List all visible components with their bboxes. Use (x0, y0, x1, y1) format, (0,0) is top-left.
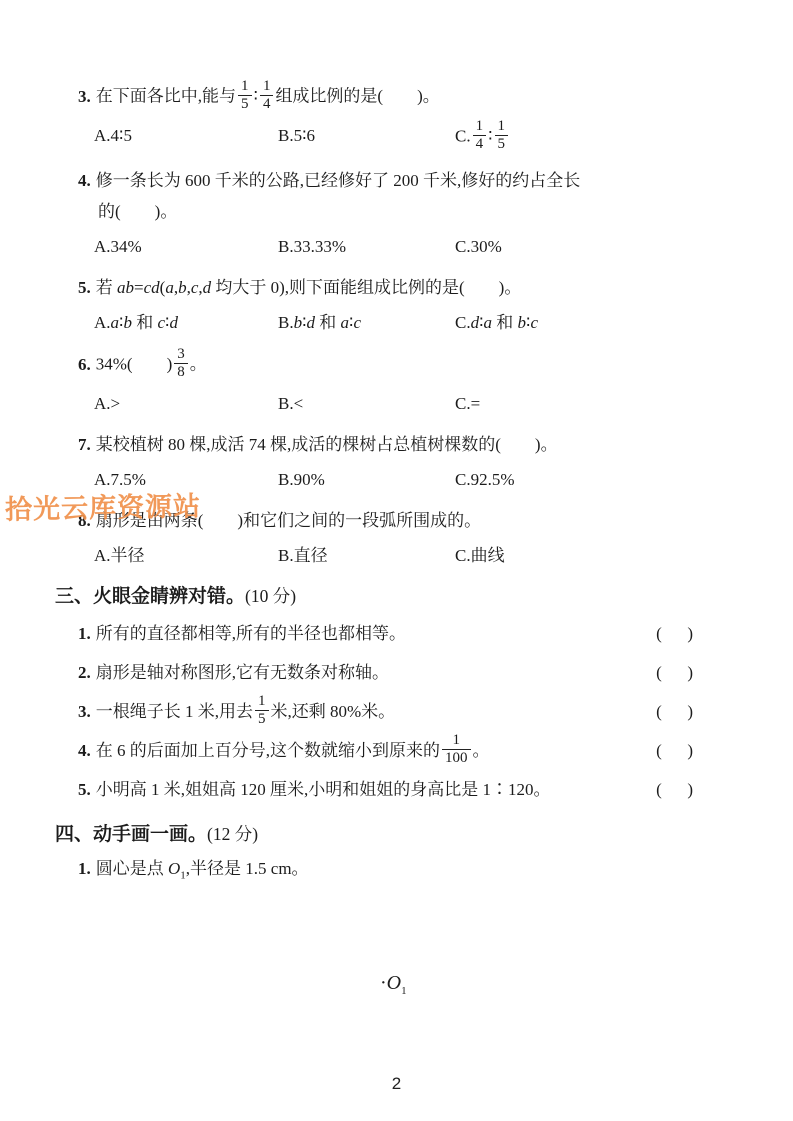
option-a: A.7.5% (94, 464, 278, 495)
drawing-section: 四、动手画一画。(12 分) 1.圆心是点 O1,半径是 1.5 cm。 (0, 819, 793, 886)
fraction: 14 (260, 78, 274, 114)
tf-item-text: 在 6 的后面加上百分号,这个数就缩小到原来的1100。 (96, 731, 490, 770)
option-b: B.< (278, 388, 455, 419)
fraction-denominator: 8 (174, 363, 188, 381)
question-line: 6.34%( )38。 (78, 348, 763, 384)
tf-item: 3.一根绳子长 1 米,用去15米,还剩 80%米。( ) (0, 692, 793, 731)
fraction-numerator: 1 (495, 118, 509, 135)
draw-section-heading: 四、动手画一画。(12 分) (0, 819, 793, 846)
options-row: A.半径B.直径C.曲线 (78, 540, 763, 571)
math-italic: a (484, 313, 493, 332)
question-number: 3. (78, 87, 96, 106)
question-number: 8. (78, 511, 96, 530)
fraction-denominator: 5 (495, 135, 509, 153)
subscript: 1 (180, 869, 186, 881)
choice-question: 6.34%( )38。A.>B.<C.= (0, 348, 793, 419)
options-row: A.a∶b 和 c∶dB.b∶d 和 a∶cC.d∶a 和 b∶c (78, 307, 763, 338)
option-a: A.4∶5 (94, 120, 278, 156)
math-italic: d (471, 313, 480, 332)
math-italic: b (518, 313, 527, 332)
option-b: B.5∶6 (278, 120, 455, 156)
subscript: 1 (401, 985, 407, 997)
fraction-numerator: 1 (260, 78, 274, 95)
option-a: A.a∶b 和 c∶d (94, 307, 278, 338)
options-row: A.>B.<C.= (78, 388, 763, 419)
fraction: 1100 (442, 732, 471, 768)
fraction: 15 (495, 118, 509, 154)
fraction: 14 (473, 118, 487, 154)
math-italic: c (157, 313, 165, 332)
draw-item-list: 1.圆心是点 O1,半径是 1.5 cm。 (0, 852, 793, 886)
question-number: 5. (78, 278, 96, 297)
option-a: A.> (94, 388, 278, 419)
fraction-denominator: 5 (255, 710, 269, 728)
tf-item: 1.所有的直径都相等,所有的半径也都相等。( ) (0, 614, 793, 653)
answer-bracket: ( ) (656, 770, 693, 809)
tf-item-number: 1. (78, 614, 96, 653)
math-italic: c (191, 278, 199, 297)
option-c: C.92.5% (455, 464, 763, 495)
tf-item-number: 2. (78, 653, 96, 692)
fraction-numerator: 1 (473, 118, 487, 135)
fraction-numerator: 1 (255, 693, 269, 710)
options-row: A.34%B.33.33%C.30% (78, 231, 763, 262)
fraction-denominator: 5 (238, 95, 252, 113)
choice-question-section: 3.在下面各比中,能与15∶14组成比例的是( )。A.4∶5B.5∶6C.14… (0, 80, 793, 571)
option-b: B.33.33% (278, 231, 455, 262)
draw-section-title: 四、动手画一画。 (55, 824, 207, 845)
tf-item-number: 5. (78, 770, 96, 809)
option-c: C.d∶a 和 b∶c (455, 307, 763, 338)
answer-bracket: ( ) (656, 653, 693, 692)
math-italic: d (169, 313, 178, 332)
option-c: C.14∶15 (455, 120, 763, 156)
fraction-numerator: 1 (450, 732, 464, 749)
fraction: 15 (238, 78, 252, 114)
fraction: 15 (255, 693, 269, 729)
question-line: 5.若 ab=cd(a,b,c,d 均大于 0),则下面能组成比例的是( )。 (78, 272, 763, 303)
math-italic: d (307, 313, 316, 332)
tf-item-text: 所有的直径都相等,所有的半径也都相等。 (96, 614, 406, 653)
fraction-numerator: 1 (238, 78, 252, 95)
page-content: 3.在下面各比中,能与15∶14组成比例的是( )。A.4∶5B.5∶6C.14… (0, 0, 793, 886)
options-row: A.4∶5B.5∶6C.14∶15 (78, 120, 763, 156)
fraction-denominator: 4 (473, 135, 487, 153)
math-italic: b (178, 278, 187, 297)
tf-item-text: 一根绳子长 1 米,用去15米,还剩 80%米。 (96, 692, 395, 731)
true-false-section: 三、火眼金睛辨对错。(10 分) 1.所有的直径都相等,所有的半径也都相等。( … (0, 581, 793, 809)
math-italic: d (203, 278, 212, 297)
option-c: C.= (455, 388, 763, 419)
tf-item: 5.小明高 1 米,姐姐高 120 厘米,小明和姐姐的身高比是 1∶120。( … (0, 770, 793, 809)
draw-item-number: 1. (78, 859, 96, 878)
draw-section-score: (12 分) (207, 824, 258, 844)
answer-bracket: ( ) (656, 692, 693, 731)
tf-item-text: 小明高 1 米,姐姐高 120 厘米,小明和姐姐的身高比是 1∶120。 (96, 770, 551, 809)
tf-item-text: 扇形是轴对称图形,它有无数条对称轴。 (96, 653, 389, 692)
math-italic: O (387, 972, 401, 994)
fraction-numerator: 3 (174, 346, 188, 363)
choice-question: 7.某校植树 80 棵,成活 74 棵,成活的棵树占总植树棵数的( )。A.7.… (0, 429, 793, 495)
choice-question: 4.修一条长为 600 千米的公路,已经修好了 200 千米,修好的约占全长的(… (0, 165, 793, 262)
answer-bracket: ( ) (656, 731, 693, 770)
tf-item: 2.扇形是轴对称图形,它有无数条对称轴。( ) (0, 653, 793, 692)
choice-question: 5.若 ab=cd(a,b,c,d 均大于 0),则下面能组成比例的是( )。A… (0, 272, 793, 338)
tf-item-number: 4. (78, 731, 96, 770)
circle-center-point: ·O1 (380, 972, 407, 995)
tf-item-number: 3. (78, 692, 96, 731)
question-line: 的( )。 (78, 196, 763, 227)
question-line: 3.在下面各比中,能与15∶14组成比例的是( )。 (78, 80, 763, 116)
math-italic: a (341, 313, 350, 332)
math-italic: b (294, 313, 303, 332)
tf-item-list: 1.所有的直径都相等,所有的半径也都相等。( )2.扇形是轴对称图形,它有无数条… (0, 614, 793, 809)
tf-section-heading: 三、火眼金睛辨对错。(10 分) (0, 581, 793, 608)
tf-section-score: (10 分) (245, 586, 296, 606)
options-row: A.7.5%B.90%C.92.5% (78, 464, 763, 495)
math-italic: b (123, 313, 132, 332)
math-italic: c (530, 313, 538, 332)
math-italic: a (165, 278, 174, 297)
option-b: B.b∶d 和 a∶c (278, 307, 455, 338)
math-italic: ab (117, 278, 134, 297)
option-b: B.直径 (278, 540, 455, 571)
option-b: B.90% (278, 464, 455, 495)
answer-bracket: ( ) (656, 614, 693, 653)
question-line: 7.某校植树 80 棵,成活 74 棵,成活的棵树占总植树棵数的( )。 (78, 429, 763, 460)
question-line: 8.扇形是由两条( )和它们之间的一段弧所围成的。 (78, 505, 763, 536)
tf-section-title: 三、火眼金睛辨对错。 (55, 586, 245, 607)
fraction: 38 (174, 346, 188, 382)
option-a: A.34% (94, 231, 278, 262)
question-line: 4.修一条长为 600 千米的公路,已经修好了 200 千米,修好的约占全长 (78, 165, 763, 196)
tf-item: 4.在 6 的后面加上百分号,这个数就缩小到原来的1100。( ) (0, 731, 793, 770)
fraction-denominator: 4 (260, 95, 274, 113)
fraction-denominator: 100 (442, 749, 471, 767)
worksheet-page: 拾光云库资源站 3.在下面各比中,能与15∶14组成比例的是( )。A.4∶5B… (0, 0, 793, 1121)
math-italic: O (168, 859, 180, 878)
page-number: 2 (0, 1074, 793, 1094)
math-italic: a (111, 313, 120, 332)
question-number: 6. (78, 355, 96, 374)
math-italic: c (353, 313, 361, 332)
question-number: 7. (78, 435, 96, 454)
math-italic: cd (144, 278, 160, 297)
question-number: 4. (78, 171, 96, 190)
choice-question: 8.扇形是由两条( )和它们之间的一段弧所围成的。A.半径B.直径C.曲线 (0, 505, 793, 571)
option-a: A.半径 (94, 540, 278, 571)
option-c: C.曲线 (455, 540, 763, 571)
option-c: C.30% (455, 231, 763, 262)
choice-question: 3.在下面各比中,能与15∶14组成比例的是( )。A.4∶5B.5∶6C.14… (0, 80, 793, 155)
draw-item: 1.圆心是点 O1,半径是 1.5 cm。 (0, 852, 793, 886)
